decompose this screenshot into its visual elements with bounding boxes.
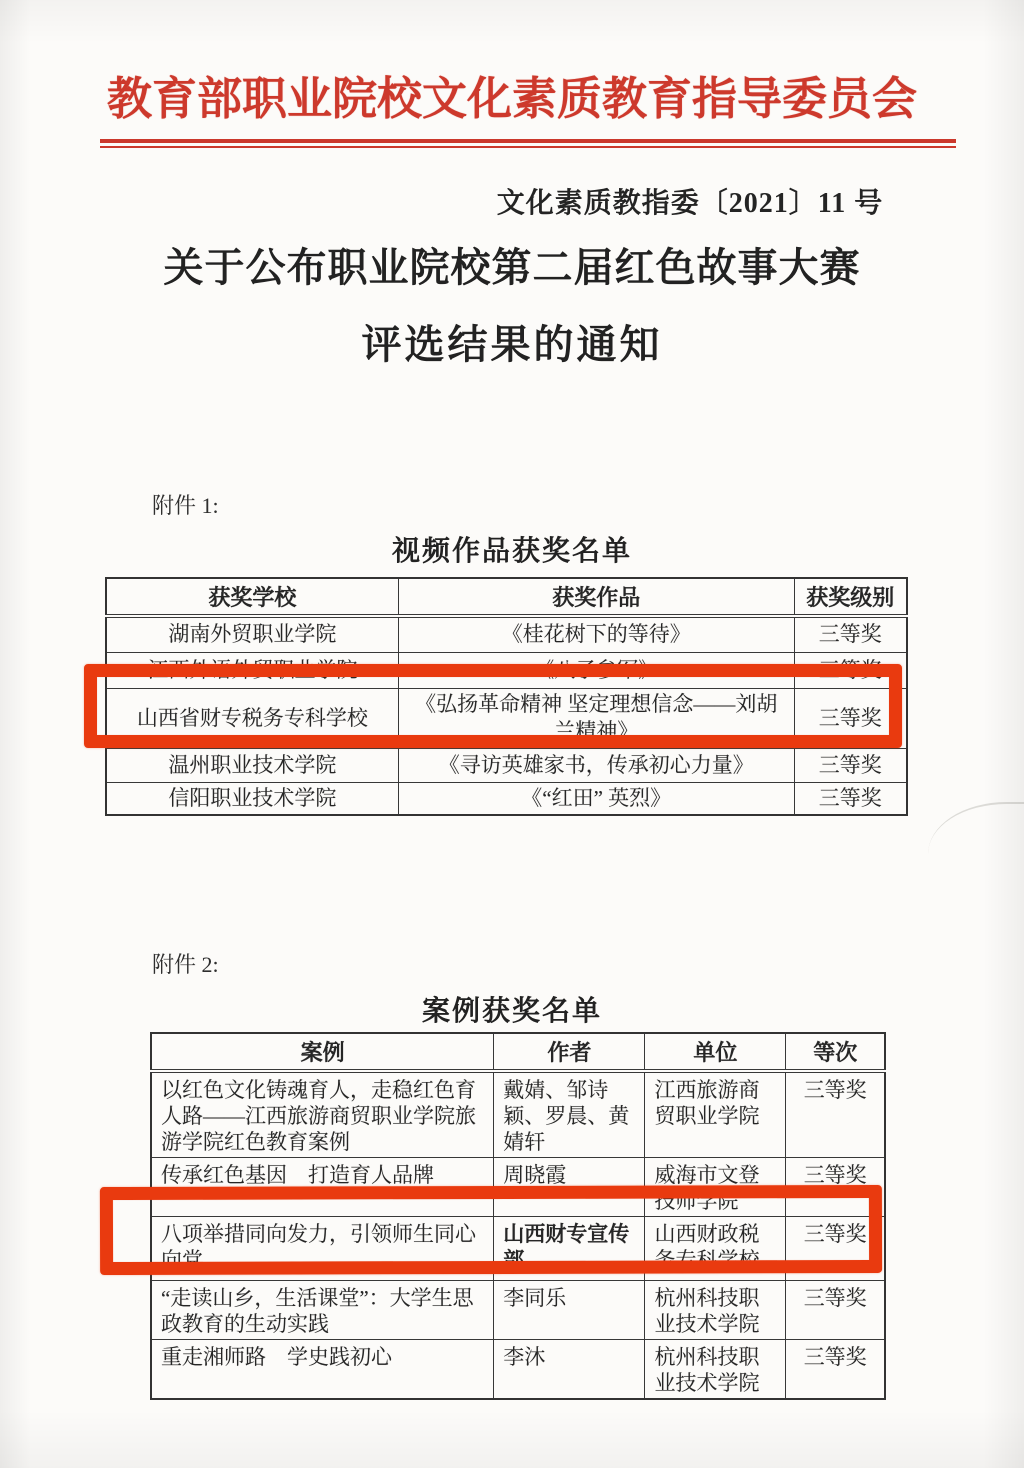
- col-header-grade: 等次: [786, 1033, 885, 1071]
- work-cell: 《八子参军》: [398, 652, 794, 688]
- letterhead-org-title: 教育部职业院校文化素质教育指导委员会: [0, 62, 1024, 127]
- col-header-level: 获奖级别: [794, 578, 907, 616]
- video-awards-table: 获奖学校 获奖作品 获奖级别 湖南外贸职业学院 《桂花树下的等待》 三等奖 江西…: [105, 577, 908, 816]
- case-cell: 以红色文化铸魂育人，走稳红色育人路——江西旅游商贸职业学院旅游学院红色教育案例: [151, 1071, 494, 1158]
- table-row: 湖南外贸职业学院 《桂花树下的等待》 三等奖: [106, 616, 907, 652]
- grade-cell: 三等奖: [786, 1217, 885, 1281]
- author-cell: 周晓霞: [494, 1158, 645, 1217]
- case-awards-table: 案例 作者 单位 等次 以红色文化铸魂育人，走稳红色育人路——江西旅游商贸职业学…: [150, 1032, 886, 1400]
- level-cell: 三等奖: [794, 652, 907, 688]
- table-row-highlighted: 山西省财专税务专科学校 《弘扬革命精神 坚定理想信念——刘胡兰精神》 三等奖: [106, 688, 907, 748]
- table-row: 信阳职业技术学院 《“红田” 英烈》 三等奖: [106, 782, 907, 815]
- grade-cell: 三等奖: [786, 1071, 885, 1158]
- level-cell: 三等奖: [794, 782, 907, 815]
- document-number: 文化素质教指委〔2021〕11 号: [350, 181, 1024, 221]
- case-cell: “走读山乡，生活课堂”：大学生思政教育的生动实践: [151, 1281, 494, 1340]
- grade-cell: 三等奖: [786, 1158, 885, 1217]
- table-row: “走读山乡，生活课堂”：大学生思政教育的生动实践 李同乐 杭州科技职业技术学院 …: [151, 1281, 885, 1340]
- table-header-row: 案例 作者 单位 等次: [151, 1033, 885, 1071]
- school-cell: 湖南外贸职业学院: [106, 616, 398, 652]
- work-cell: 《寻访英雄家书，传承初心力量》: [398, 748, 794, 782]
- school-cell: 信阳职业技术学院: [106, 782, 398, 815]
- school-cell: 江西外语外贸职业学院: [106, 652, 398, 688]
- attachment2-label: 附件 2:: [152, 948, 219, 979]
- work-cell: 《桂花树下的等待》: [398, 616, 794, 652]
- table-row: 以红色文化铸魂育人，走稳红色育人路——江西旅游商贸职业学院旅游学院红色教育案例 …: [151, 1071, 885, 1158]
- level-cell: 三等奖: [794, 748, 907, 782]
- school-cell: 温州职业技术学院: [106, 748, 398, 782]
- level-cell: 三等奖: [794, 688, 907, 748]
- table-row: 传承红色基因 打造育人品牌 周晓霞 威海市文登技师学院 三等奖: [151, 1158, 885, 1217]
- author-cell: 戴婧、邹诗颖、罗晨、黄婧轩: [494, 1071, 645, 1158]
- scanned-notice-page: 教育部职业院校文化素质教育指导委员会 文化素质教指委〔2021〕11 号 关于公…: [0, 0, 1024, 1468]
- unit-cell: 山西财政税务专科学校: [645, 1217, 786, 1281]
- author-cell: 李同乐: [494, 1281, 645, 1340]
- author-cell: 李沐: [494, 1340, 645, 1400]
- col-header-school: 获奖学校: [106, 578, 398, 616]
- case-cell: 传承红色基因 打造育人品牌: [151, 1158, 494, 1217]
- school-cell: 山西省财专税务专科学校: [106, 688, 398, 748]
- col-header-work: 获奖作品: [398, 578, 794, 616]
- work-cell: 《弘扬革命精神 坚定理想信念——刘胡兰精神》: [398, 688, 794, 748]
- letterhead-divider-rule: [100, 139, 956, 148]
- grade-cell: 三等奖: [786, 1281, 885, 1340]
- table-row-highlighted: 八项举措同向发力，引领师生同心向党 山西财专宣传部 山西财政税务专科学校 三等奖: [151, 1217, 885, 1281]
- author-cell: 山西财专宣传部: [494, 1217, 645, 1281]
- scan-artifact-curve: [928, 802, 1024, 854]
- col-header-author: 作者: [494, 1033, 645, 1071]
- case-awards-table-title: 案例获奖名单: [0, 989, 1024, 1029]
- level-cell: 三等奖: [794, 616, 907, 652]
- video-awards-table-title: 视频作品获奖名单: [0, 529, 1024, 569]
- unit-cell: 威海市文登技师学院: [645, 1158, 786, 1217]
- table-row: 重走湘师路 学史践初心 李沐 杭州科技职业技术学院 三等奖: [151, 1340, 885, 1400]
- unit-cell: 江西旅游商贸职业学院: [645, 1071, 786, 1158]
- grade-cell: 三等奖: [786, 1340, 885, 1400]
- table-row: 江西外语外贸职业学院 《八子参军》 三等奖: [106, 652, 907, 688]
- table-header-row: 获奖学校 获奖作品 获奖级别: [106, 578, 907, 616]
- case-cell: 八项举措同向发力，引领师生同心向党: [151, 1217, 494, 1281]
- table-row: 温州职业技术学院 《寻访英雄家书，传承初心力量》 三等奖: [106, 748, 907, 782]
- col-header-unit: 单位: [645, 1033, 786, 1071]
- notice-title-line1: 关于公布职业院校第二届红色故事大赛: [0, 236, 1024, 293]
- work-cell: 《“红田” 英烈》: [398, 782, 794, 815]
- case-cell: 重走湘师路 学史践初心: [151, 1340, 494, 1400]
- notice-title-line2: 评选结果的通知: [0, 313, 1024, 370]
- col-header-case: 案例: [151, 1033, 494, 1071]
- unit-cell: 杭州科技职业技术学院: [645, 1340, 786, 1400]
- attachment1-label: 附件 1:: [152, 489, 219, 520]
- unit-cell: 杭州科技职业技术学院: [645, 1281, 786, 1340]
